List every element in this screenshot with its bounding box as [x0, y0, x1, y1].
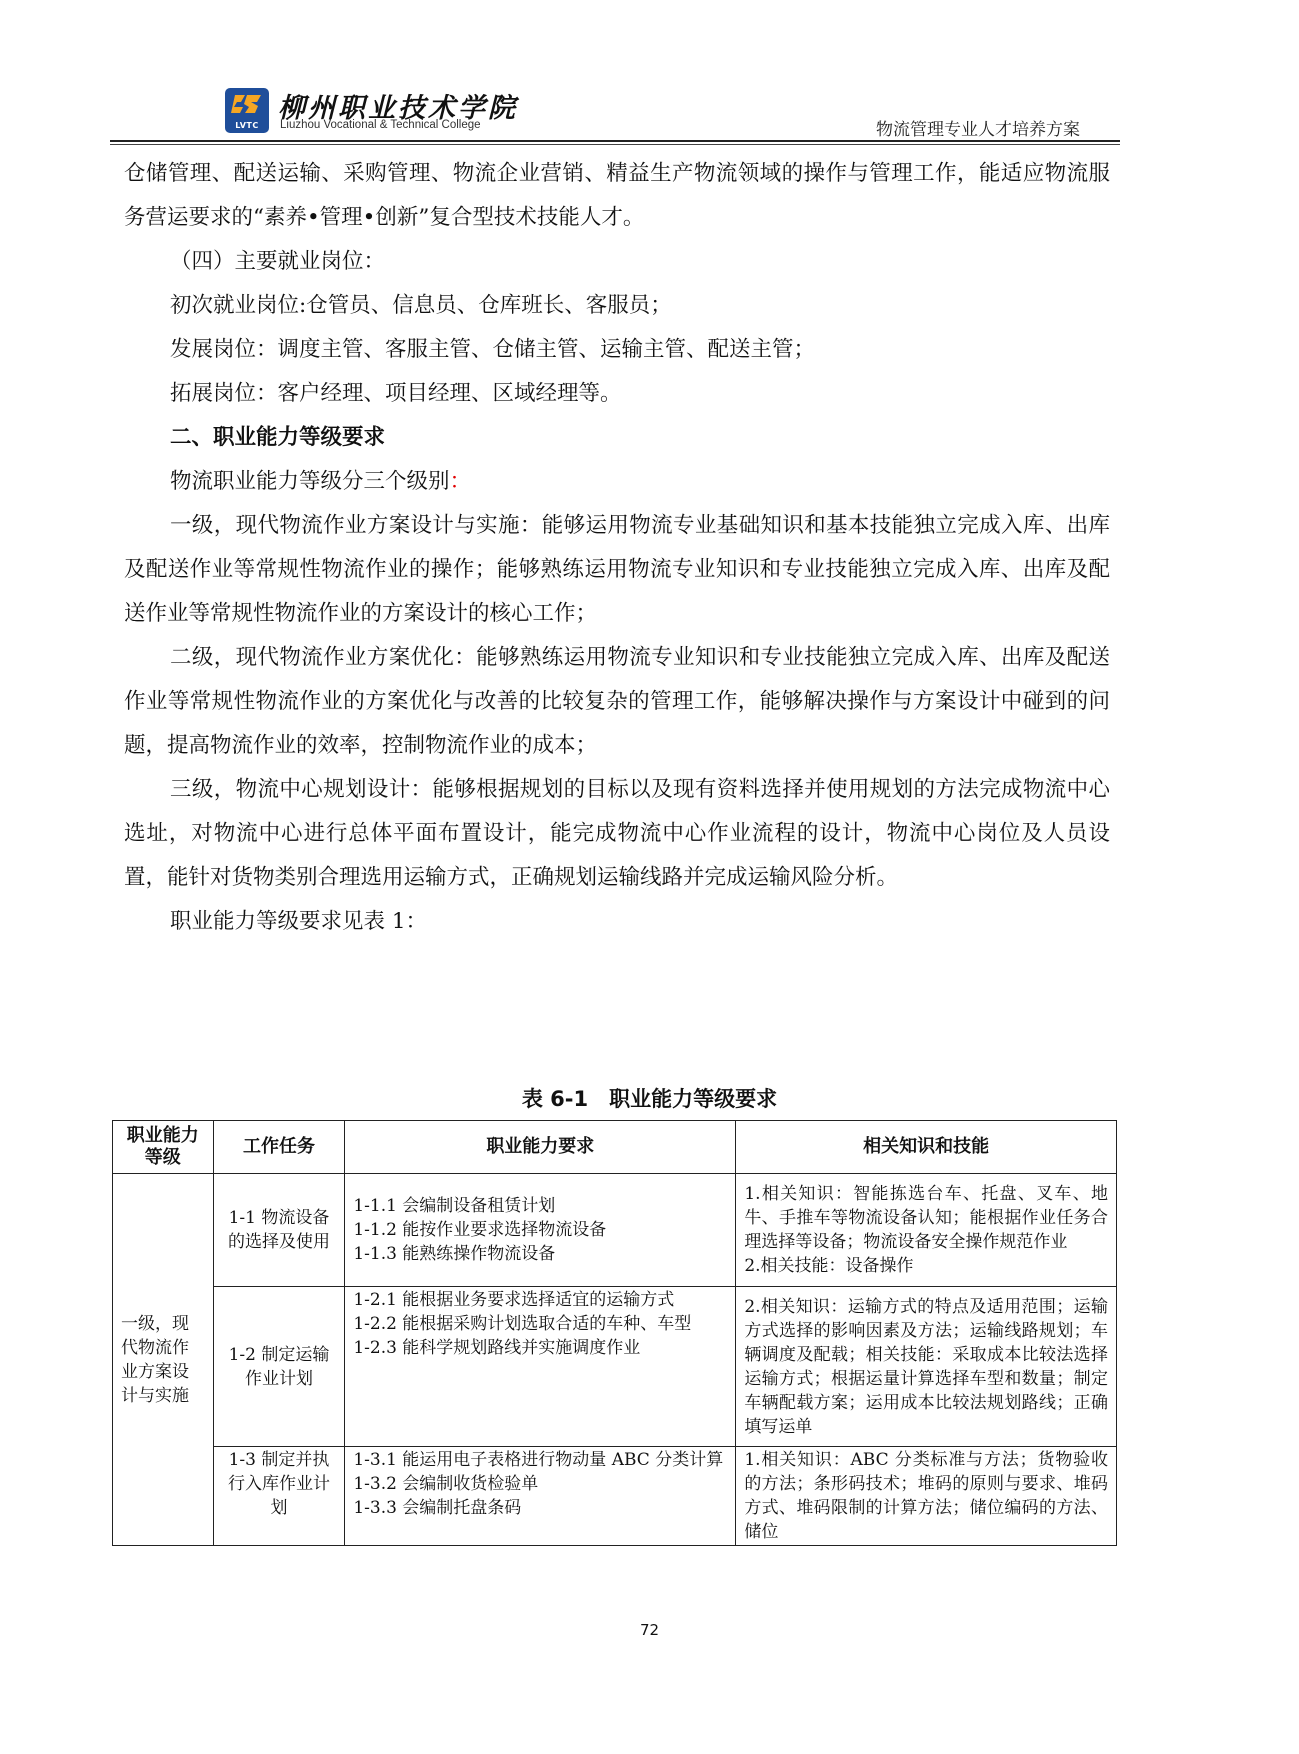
table-caption: 表 6-1 职业能力等级要求	[0, 1083, 1299, 1113]
paragraph-level-2: 二级，现代物流作业方案优化：能够熟练运用物流专业知识和专业技能独立完成入库、出库…	[124, 636, 1110, 768]
college-logo: LVTC	[225, 88, 269, 133]
task-cell: 1-1 物流设备的选择及使用	[213, 1174, 345, 1287]
paragraph-talent-goal: 仓储管理、配送运输、采购管理、物流企业营销、精益生产物流领域的操作与管理工作，能…	[124, 152, 1110, 240]
header-task: 工作任务	[213, 1121, 345, 1174]
logo-tag: LVTC	[225, 121, 269, 130]
table-row: 1-3 制定并执行入库作业计划 1-3.1 能运用电子表格进行物动量 ABC 分…	[113, 1447, 1117, 1546]
requirement-item: 1-1.3 能熟练操作物流设备	[353, 1242, 727, 1266]
paragraph-development-posts: 发展岗位：调度主管、客服主管、仓储主管、运输主管、配送主管；	[124, 328, 1110, 372]
knowledge-cell: 2.相关知识：运输方式的特点及适用范围；运输方式选择的影响因素及方法；运输线路规…	[736, 1287, 1117, 1447]
lvtc-logo-icon	[231, 93, 263, 115]
knowledge-cell: 1.相关知识：智能拣选台车、托盘、叉车、地牛、手推车等物流设备认知；能根据作业任…	[736, 1174, 1117, 1287]
page-number: 72	[0, 1621, 1299, 1639]
requirement-item: 1-2.3 能科学规划路线并实施调度作业	[353, 1336, 727, 1360]
requirements-cell: 1-1.1 会编制设备租赁计划 1-1.2 能按作业要求选择物流设备 1-1.3…	[345, 1174, 736, 1287]
table-header-row: 职业能力等级 工作任务 职业能力要求 相关知识和技能	[113, 1121, 1117, 1174]
paragraph-initial-posts: 初次就业岗位:仓管员、信息员、仓库班长、客服员；	[124, 284, 1110, 328]
requirement-item: 1-2.2 能根据采购计划选取合适的车种、车型	[353, 1312, 727, 1336]
paragraph-level-3: 三级，物流中心规划设计：能够根据规划的目标以及现有资料选择并使用规划的方法完成物…	[124, 768, 1110, 900]
knowledge-cell: 1.相关知识：ABC 分类标准与方法；货物验收的方法；条形码技术；堆码的原则与要…	[736, 1447, 1117, 1546]
paragraph-table-ref: 职业能力等级要求见表 1：	[124, 900, 1110, 944]
requirement-item: 1-3.1 能运用电子表格进行物动量 ABC 分类计算	[353, 1448, 727, 1472]
header-requirements: 职业能力要求	[345, 1121, 736, 1174]
requirement-item: 1-2.1 能根据业务要求选择适宜的运输方式	[353, 1288, 727, 1312]
requirement-item: 1-3.3 会编制托盘条码	[353, 1496, 727, 1520]
task-cell: 1-2 制定运输作业计划	[213, 1287, 345, 1447]
paragraph-levels-intro: 物流职业能力等级分三个级别：	[124, 460, 1110, 504]
task-cell: 1-3 制定并执行入库作业计划	[213, 1447, 345, 1546]
level-cell: 一级，现代物流作业方案设计与实施	[113, 1174, 214, 1546]
school-name-en: Liuzhou Vocational & Technical College	[280, 119, 481, 131]
table-row: 一级，现代物流作业方案设计与实施 1-1 物流设备的选择及使用 1-1.1 会编…	[113, 1174, 1117, 1287]
header-knowledge: 相关知识和技能	[736, 1121, 1117, 1174]
competency-table: 职业能力等级 工作任务 职业能力要求 相关知识和技能 一级，现代物流作业方案设计…	[112, 1120, 1117, 1546]
subheading-employment: （四）主要就业岗位：	[124, 240, 1110, 284]
requirement-item: 1-1.1 会编制设备租赁计划	[353, 1194, 727, 1218]
requirements-cell: 1-2.1 能根据业务要求选择适宜的运输方式 1-2.2 能根据采购计划选取合适…	[345, 1287, 736, 1447]
requirement-item: 1-1.2 能按作业要求选择物流设备	[353, 1218, 727, 1242]
document-title: 物流管理专业人才培养方案	[876, 115, 1080, 140]
levels-intro-text: 物流职业能力等级分三个级别	[170, 469, 450, 494]
header-rule	[110, 140, 1120, 142]
header-level: 职业能力等级	[113, 1121, 214, 1174]
paragraph-level-1: 一级，现代物流作业方案设计与实施：能够运用物流专业基础知识和基本技能独立完成入库…	[124, 504, 1110, 636]
requirements-cell: 1-3.1 能运用电子表格进行物动量 ABC 分类计算 1-3.2 会编制收货检…	[345, 1447, 736, 1546]
levels-intro-colon: ：	[450, 469, 472, 494]
body-content: 仓储管理、配送运输、采购管理、物流企业营销、精益生产物流领域的操作与管理工作，能…	[124, 152, 1110, 944]
requirement-item: 1-3.2 会编制收货检验单	[353, 1472, 727, 1496]
section-heading: 二、职业能力等级要求	[124, 416, 1110, 460]
paragraph-extended-posts: 拓展岗位：客户经理、项目经理、区域经理等。	[124, 372, 1110, 416]
page-header: LVTC 柳州职业技术学院 Liuzhou Vocational & Techn…	[110, 78, 1120, 144]
header-rule-thin	[110, 144, 1120, 145]
table-row: 1-2 制定运输作业计划 1-2.1 能根据业务要求选择适宜的运输方式 1-2.…	[113, 1287, 1117, 1447]
